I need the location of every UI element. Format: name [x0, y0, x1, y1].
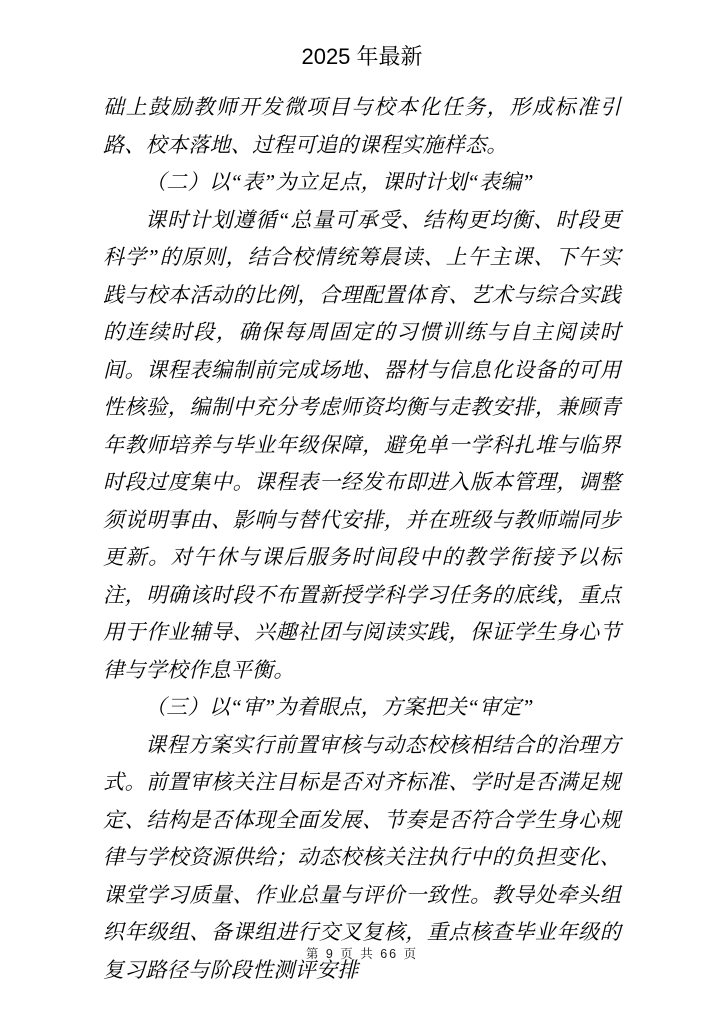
paragraph-continuation: 础上鼓励教师开发微项目与校本化任务，形成标准引路、校本落地、过程可追的课程实施样…	[103, 89, 621, 164]
page-number: 第 9 页 共 66 页	[0, 944, 724, 962]
page-title: 2025 年最新	[0, 42, 724, 72]
section-heading-2: （二）以“表”为立足点，课时计划“表编”	[103, 164, 621, 202]
section-heading-3: （三）以“审”为着眼点，方案把关“审定”	[103, 689, 621, 727]
document-body: 础上鼓励教师开发微项目与校本化任务，形成标准引路、校本落地、过程可追的课程实施样…	[103, 89, 621, 989]
paragraph-schedule-planning: 课时计划遵循“总量可承受、结构更均衡、时段更科学”的原则，结合校情统筹晨读、上午…	[103, 202, 621, 690]
document-page: 2025 年最新 础上鼓励教师开发微项目与校本化任务，形成标准引路、校本落地、过…	[0, 0, 724, 1024]
